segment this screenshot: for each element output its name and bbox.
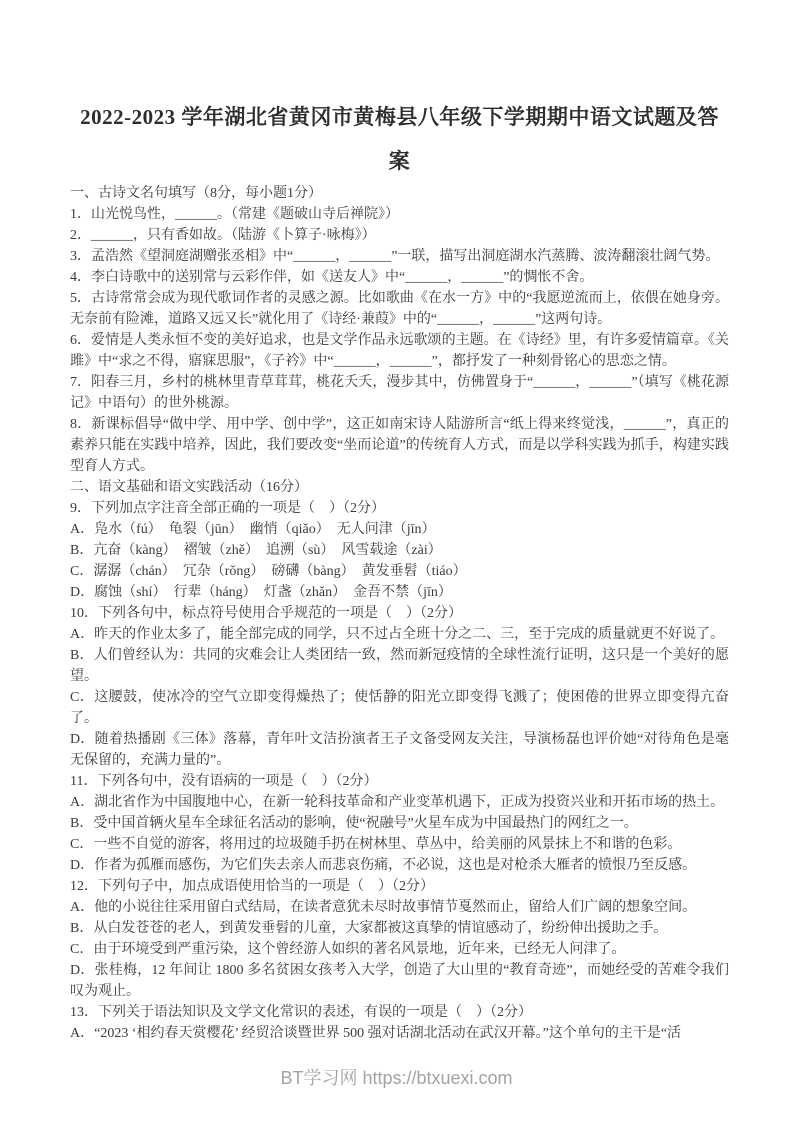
- exam-body: 一、古诗文名句填写（8分，每小题1分） 1．山光悦鸟性，______。（常建《题…: [70, 183, 729, 1044]
- question-10-option-a: A．昨天的作业太多了，能全部完成的同学，只不过占全班十分之二、三，至于完成的质量…: [70, 624, 729, 645]
- question-9-option-b: B．亢奋（kàng） 褶皱（zhě） 追溯（sù） 风雪载途（zài）: [70, 540, 729, 561]
- question-12-option-b: B．从白发苍苍的老人，到黄发垂髫的儿童，大家都被这真挚的情谊感动了，纷纷伸出援助…: [70, 918, 729, 939]
- question-13-option-a: A．“2023 ‘相约春天赏樱花’ 经贸洽谈暨世界 500 强对话湖北活动在武汉…: [70, 1023, 729, 1044]
- question-5: 5．古诗常常会成为现代歌词作者的灵感之源。比如歌曲《在水一方》中的“我愿逆流而上…: [70, 288, 729, 330]
- section-2-heading: 二、语文基础和语文实践活动（16分）: [70, 477, 729, 498]
- question-11-option-c: C．一些不自觉的游客，将用过的垃圾随手扔在树林里、草丛中，给美丽的风景抹上不和谐…: [70, 834, 729, 855]
- question-13-stem: 13．下列关于语法知识及文学文化常识的表述，有误的一项是（ ）（2分）: [70, 1002, 729, 1023]
- page-title: 2022-2023 学年湖北省黄冈市黄梅县八年级下学期期中语文试题及答案: [70, 95, 729, 183]
- question-10-option-d: D．随着热播剧《三体》落幕，青年叶文洁扮演者王子文备受网友关注，导演杨磊也评价她…: [70, 729, 729, 771]
- question-3: 3．孟浩然《望洞庭湖赠张丞相》中“______，______”一联，描写出洞庭湖…: [70, 246, 729, 267]
- question-11-option-b: B．受中国首辆火星车全球征名活动的影响，使“祝融号”火星车成为中国最热门的网红之…: [70, 813, 729, 834]
- question-7: 7．阳春三月，乡村的桃林里青草茸茸，桃花夭夭，漫步其中，仿佛置身于“______…: [70, 372, 729, 414]
- question-12-option-a: A．他的小说往往采用留白式结局，在读者意犹未尽时故事情节戛然而止，留给人们广阔的…: [70, 897, 729, 918]
- exam-document-page: 2022-2023 学年湖北省黄冈市黄梅县八年级下学期期中语文试题及答案 一、古…: [0, 0, 793, 1122]
- question-11-option-d: D．作者为孤雁而感伤，为它们失去亲人而悲哀伤痛，不必说，这也是对枪杀大雁者的愤恨…: [70, 855, 729, 876]
- question-10-option-c: C．这腰鼓，使冰冷的空气立即变得燥热了；使恬静的阳光立即变得飞溅了；使困倦的世界…: [70, 687, 729, 729]
- page-title-line-1: 2022-2023 学年湖北省黄冈市黄梅县八年级下学期期中语文试题及答: [80, 105, 719, 129]
- question-11-stem: 11．下列各句中，没有语病的一项是（ ）（2分）: [70, 771, 729, 792]
- section-1-heading: 一、古诗文名句填写（8分，每小题1分）: [70, 183, 729, 204]
- page-title-line-2: 案: [389, 149, 411, 173]
- question-1: 1．山光悦鸟性，______。（常建《题破山寺后禅院》）: [70, 204, 729, 225]
- question-9-option-d: D．腐蚀（shí） 行辈（háng） 灯盏（zhǎn） 金吾不禁（jīn）: [70, 582, 729, 603]
- question-6: 6．爱情是人类永恒不变的美好追求，也是文学作品永远歌颂的主题。在《诗经》里，有许…: [70, 330, 729, 372]
- question-9-option-c: C．潺潺（chán） 冗杂（rǒng） 磅礴（bàng） 黄发垂髫（tiáo）: [70, 561, 729, 582]
- question-12-option-d: D．张桂梅，12 年间让 1800 多名贫困女孩考入大学，创造了大山里的“教育奇…: [70, 960, 729, 1002]
- question-11-option-a: A．湖北省作为中国腹地中心，在新一轮科技革命和产业变革机遇下，正成为投资兴业和开…: [70, 792, 729, 813]
- question-12-stem: 12．下列句子中，加点成语使用恰当的一项是（ ）（2分）: [70, 876, 729, 897]
- question-2: 2．______，只有香如故。（陆游《卜算子·咏梅》）: [70, 225, 729, 246]
- footer: BT学习网 https://btxuexi.com: [0, 1064, 793, 1090]
- question-9-stem: 9．下列加点字注音全部正确的一项是（ ）（2分）: [70, 498, 729, 519]
- question-4: 4．李白诗歌中的送别常与云彩作伴，如《送友人》中“______，______”的…: [70, 267, 729, 288]
- footer-site-link[interactable]: BT学习网 https://btxuexi.com: [280, 1068, 512, 1088]
- question-10-option-b: B．人们曾经认为：共同的灾难会让人类团结一致，然而新冠疫情的全球性流行证明，这只…: [70, 645, 729, 687]
- question-12-option-c: C．由于环境受到严重污染，这个曾经游人如织的著名风景地，近年来，已经无人问津了。: [70, 939, 729, 960]
- question-8: 8．新课标倡导“做中学、用中学、创中学”，这正如南宋诗人陆游所言“纸上得来终觉浅…: [70, 414, 729, 477]
- question-9-option-a: A．凫水（fú） 龟裂（jūn） 幽悄（qiǎo） 无人问津（jīn）: [70, 519, 729, 540]
- question-10-stem: 10．下列各句中，标点符号使用合乎规范的一项是（ ）（2分）: [70, 603, 729, 624]
